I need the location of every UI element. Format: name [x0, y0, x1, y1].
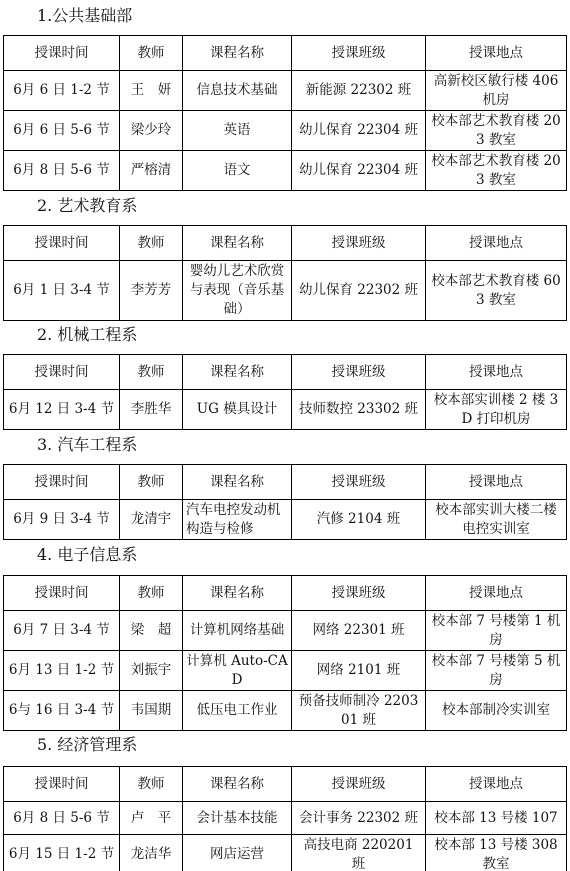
section-title-public-basic: 1.公共基础部 — [37, 6, 132, 26]
cell-class: 汽修 2104 班 — [292, 500, 426, 540]
schedule-table-public-basic: 授课时间 教师 课程名称 授课班级 授课地点 6月 6 日 1-2 节 王 妍 … — [3, 35, 567, 191]
section-title-art-education: 2. 艺术教育系 — [37, 196, 137, 216]
header-class: 授课班级 — [292, 465, 426, 500]
cell-class: 幼儿保育 22304 班 — [292, 111, 426, 151]
section-title-electronic-info: 4. 电子信息系 — [37, 545, 137, 565]
cell-time: 6与 16 日 3-4 节 — [4, 691, 120, 731]
cell-place: 校本部实训楼 2 楼 3D 打印机房 — [426, 390, 567, 430]
header-course: 课程名称 — [183, 36, 292, 71]
header-place: 授课地点 — [426, 767, 567, 802]
cell-class: 新能源 22302 班 — [292, 71, 426, 111]
table-row: 6月 1 日 3-4 节 李芳芳 婴幼儿艺术欣赏与表现（音乐基础） 幼儿保育 2… — [4, 261, 567, 321]
section-title-economic-mgmt: 5. 经济管理系 — [37, 735, 137, 755]
cell-course: 计算机网络基础 — [183, 611, 292, 651]
cell-class: 高技电商 220201 班 — [292, 835, 426, 871]
table-header-row: 授课时间 教师 课程名称 授课班级 授课地点 — [4, 36, 567, 71]
header-class: 授课班级 — [292, 355, 426, 390]
header-course: 课程名称 — [183, 465, 292, 500]
header-time: 授课时间 — [4, 36, 120, 71]
cell-course: 汽车电控发动机构造与检修 — [183, 500, 292, 540]
cell-teacher: 李胜华 — [120, 390, 183, 430]
cell-course: 会计基本技能 — [183, 802, 292, 835]
cell-teacher: 王 妍 — [120, 71, 183, 111]
header-course: 课程名称 — [183, 226, 292, 261]
table-row: 6月 6 日 1-2 节 王 妍 信息技术基础 新能源 22302 班 高新校区… — [4, 71, 567, 111]
cell-course: UG 模具设计 — [183, 390, 292, 430]
cell-time: 6月 15 日 1-2 节 — [4, 835, 120, 871]
cell-place: 校本部 7 号楼第 5 机房 — [426, 651, 567, 691]
header-time: 授课时间 — [4, 767, 120, 802]
table-header-row: 授课时间 教师 课程名称 授课班级 授课地点 — [4, 767, 567, 802]
table-row: 6月 12 日 3-4 节 李胜华 UG 模具设计 技师数控 23302 班 校… — [4, 390, 567, 430]
schedule-table-art-education: 授课时间 教师 课程名称 授课班级 授课地点 6月 1 日 3-4 节 李芳芳 … — [3, 225, 567, 321]
cell-place: 校本部艺术教育楼 603 教室 — [426, 261, 567, 321]
cell-time: 6月 1 日 3-4 节 — [4, 261, 120, 321]
table-row: 6月 6 日 5-6 节 梁少玲 英语 幼儿保育 22304 班 校本部艺术教育… — [4, 111, 567, 151]
cell-class: 网络 2101 班 — [292, 651, 426, 691]
cell-teacher: 梁 超 — [120, 611, 183, 651]
cell-class: 技师数控 23302 班 — [292, 390, 426, 430]
cell-teacher: 龙洁华 — [120, 835, 183, 871]
header-course: 课程名称 — [183, 767, 292, 802]
cell-teacher: 龙清宇 — [120, 500, 183, 540]
section-title-mechanical: 2. 机械工程系 — [37, 325, 137, 345]
section-title-automotive: 3. 汽车工程系 — [37, 435, 137, 455]
header-class: 授课班级 — [292, 226, 426, 261]
cell-course: 低压电工作业 — [183, 691, 292, 731]
schedule-table-automotive: 授课时间 教师 课程名称 授课班级 授课地点 6月 9 日 3-4 节 龙清宇 … — [3, 464, 567, 540]
header-teacher: 教师 — [120, 767, 183, 802]
header-teacher: 教师 — [120, 226, 183, 261]
table-header-row: 授课时间 教师 课程名称 授课班级 授课地点 — [4, 226, 567, 261]
table-row: 6月 8 日 5-6 节 严榕清 语文 幼儿保育 22304 班 校本部艺术教育… — [4, 151, 567, 191]
table-row: 6月 9 日 3-4 节 龙清宇 汽车电控发动机构造与检修 汽修 2104 班 … — [4, 500, 567, 540]
cell-place: 校本部 13 号楼 107 — [426, 802, 567, 835]
header-class: 授课班级 — [292, 767, 426, 802]
cell-class: 幼儿保育 22302 班 — [292, 261, 426, 321]
table-row: 6月 15 日 1-2 节 龙洁华 网店运营 高技电商 220201 班 校本部… — [4, 835, 567, 871]
cell-class: 幼儿保育 22304 班 — [292, 151, 426, 191]
header-time: 授课时间 — [4, 576, 120, 611]
table-header-row: 授课时间 教师 课程名称 授课班级 授课地点 — [4, 465, 567, 500]
cell-teacher: 严榕清 — [120, 151, 183, 191]
header-class: 授课班级 — [292, 36, 426, 71]
header-time: 授课时间 — [4, 226, 120, 261]
header-teacher: 教师 — [120, 576, 183, 611]
cell-time: 6月 6 日 5-6 节 — [4, 111, 120, 151]
cell-time: 6月 8 日 5-6 节 — [4, 802, 120, 835]
cell-course: 信息技术基础 — [183, 71, 292, 111]
table-row: 6月 13 日 1-2 节 刘振宇 计算机 Auto-CAD 网络 2101 班… — [4, 651, 567, 691]
cell-time: 6月 9 日 3-4 节 — [4, 500, 120, 540]
cell-time: 6月 7 日 3-4 节 — [4, 611, 120, 651]
header-class: 授课班级 — [292, 576, 426, 611]
table-header-row: 授课时间 教师 课程名称 授课班级 授课地点 — [4, 576, 567, 611]
cell-class: 会计事务 22302 班 — [292, 802, 426, 835]
cell-course: 婴幼儿艺术欣赏与表现（音乐基础） — [183, 261, 292, 321]
cell-teacher: 李芳芳 — [120, 261, 183, 321]
cell-place: 高新校区敏行楼 406 机房 — [426, 71, 567, 111]
cell-place: 校本部 13 号楼 308 教室 — [426, 835, 567, 871]
table-row: 6月 7 日 3-4 节 梁 超 计算机网络基础 网络 22301 班 校本部 … — [4, 611, 567, 651]
cell-teacher: 刘振宇 — [120, 651, 183, 691]
header-place: 授课地点 — [426, 36, 567, 71]
cell-place: 校本部实训大楼二楼电控实训室 — [426, 500, 567, 540]
table-header-row: 授课时间 教师 课程名称 授课班级 授课地点 — [4, 355, 567, 390]
header-teacher: 教师 — [120, 355, 183, 390]
cell-teacher: 韦国期 — [120, 691, 183, 731]
header-teacher: 教师 — [120, 465, 183, 500]
cell-course: 语文 — [183, 151, 292, 191]
cell-teacher: 梁少玲 — [120, 111, 183, 151]
cell-class: 预备技师制冷 220301 班 — [292, 691, 426, 731]
schedule-table-mechanical: 授课时间 教师 课程名称 授课班级 授课地点 6月 12 日 3-4 节 李胜华… — [3, 354, 567, 430]
header-course: 课程名称 — [183, 355, 292, 390]
header-course: 课程名称 — [183, 576, 292, 611]
header-teacher: 教师 — [120, 36, 183, 71]
cell-place: 校本部制冷实训室 — [426, 691, 567, 731]
cell-time: 6月 6 日 1-2 节 — [4, 71, 120, 111]
header-place: 授课地点 — [426, 465, 567, 500]
cell-class: 网络 22301 班 — [292, 611, 426, 651]
schedule-table-electronic-info: 授课时间 教师 课程名称 授课班级 授课地点 6月 7 日 3-4 节 梁 超 … — [3, 575, 567, 731]
cell-time: 6月 13 日 1-2 节 — [4, 651, 120, 691]
header-place: 授课地点 — [426, 226, 567, 261]
header-time: 授课时间 — [4, 465, 120, 500]
schedule-table-economic-mgmt: 授课时间 教师 课程名称 授课班级 授课地点 6月 8 日 5-6 节 卢 平 … — [3, 766, 567, 871]
cell-course: 网店运营 — [183, 835, 292, 871]
cell-course: 英语 — [183, 111, 292, 151]
cell-place: 校本部 7 号楼第 1 机房 — [426, 611, 567, 651]
cell-time: 6月 12 日 3-4 节 — [4, 390, 120, 430]
cell-teacher: 卢 平 — [120, 802, 183, 835]
table-row: 6月 8 日 5-6 节 卢 平 会计基本技能 会计事务 22302 班 校本部… — [4, 802, 567, 835]
cell-place: 校本部艺术教育楼 203 教室 — [426, 111, 567, 151]
cell-course: 计算机 Auto-CAD — [183, 651, 292, 691]
header-place: 授课地点 — [426, 576, 567, 611]
header-time: 授课时间 — [4, 355, 120, 390]
table-row: 6与 16 日 3-4 节 韦国期 低压电工作业 预备技师制冷 220301 班… — [4, 691, 567, 731]
cell-time: 6月 8 日 5-6 节 — [4, 151, 120, 191]
cell-place: 校本部艺术教育楼 203 教室 — [426, 151, 567, 191]
header-place: 授课地点 — [426, 355, 567, 390]
